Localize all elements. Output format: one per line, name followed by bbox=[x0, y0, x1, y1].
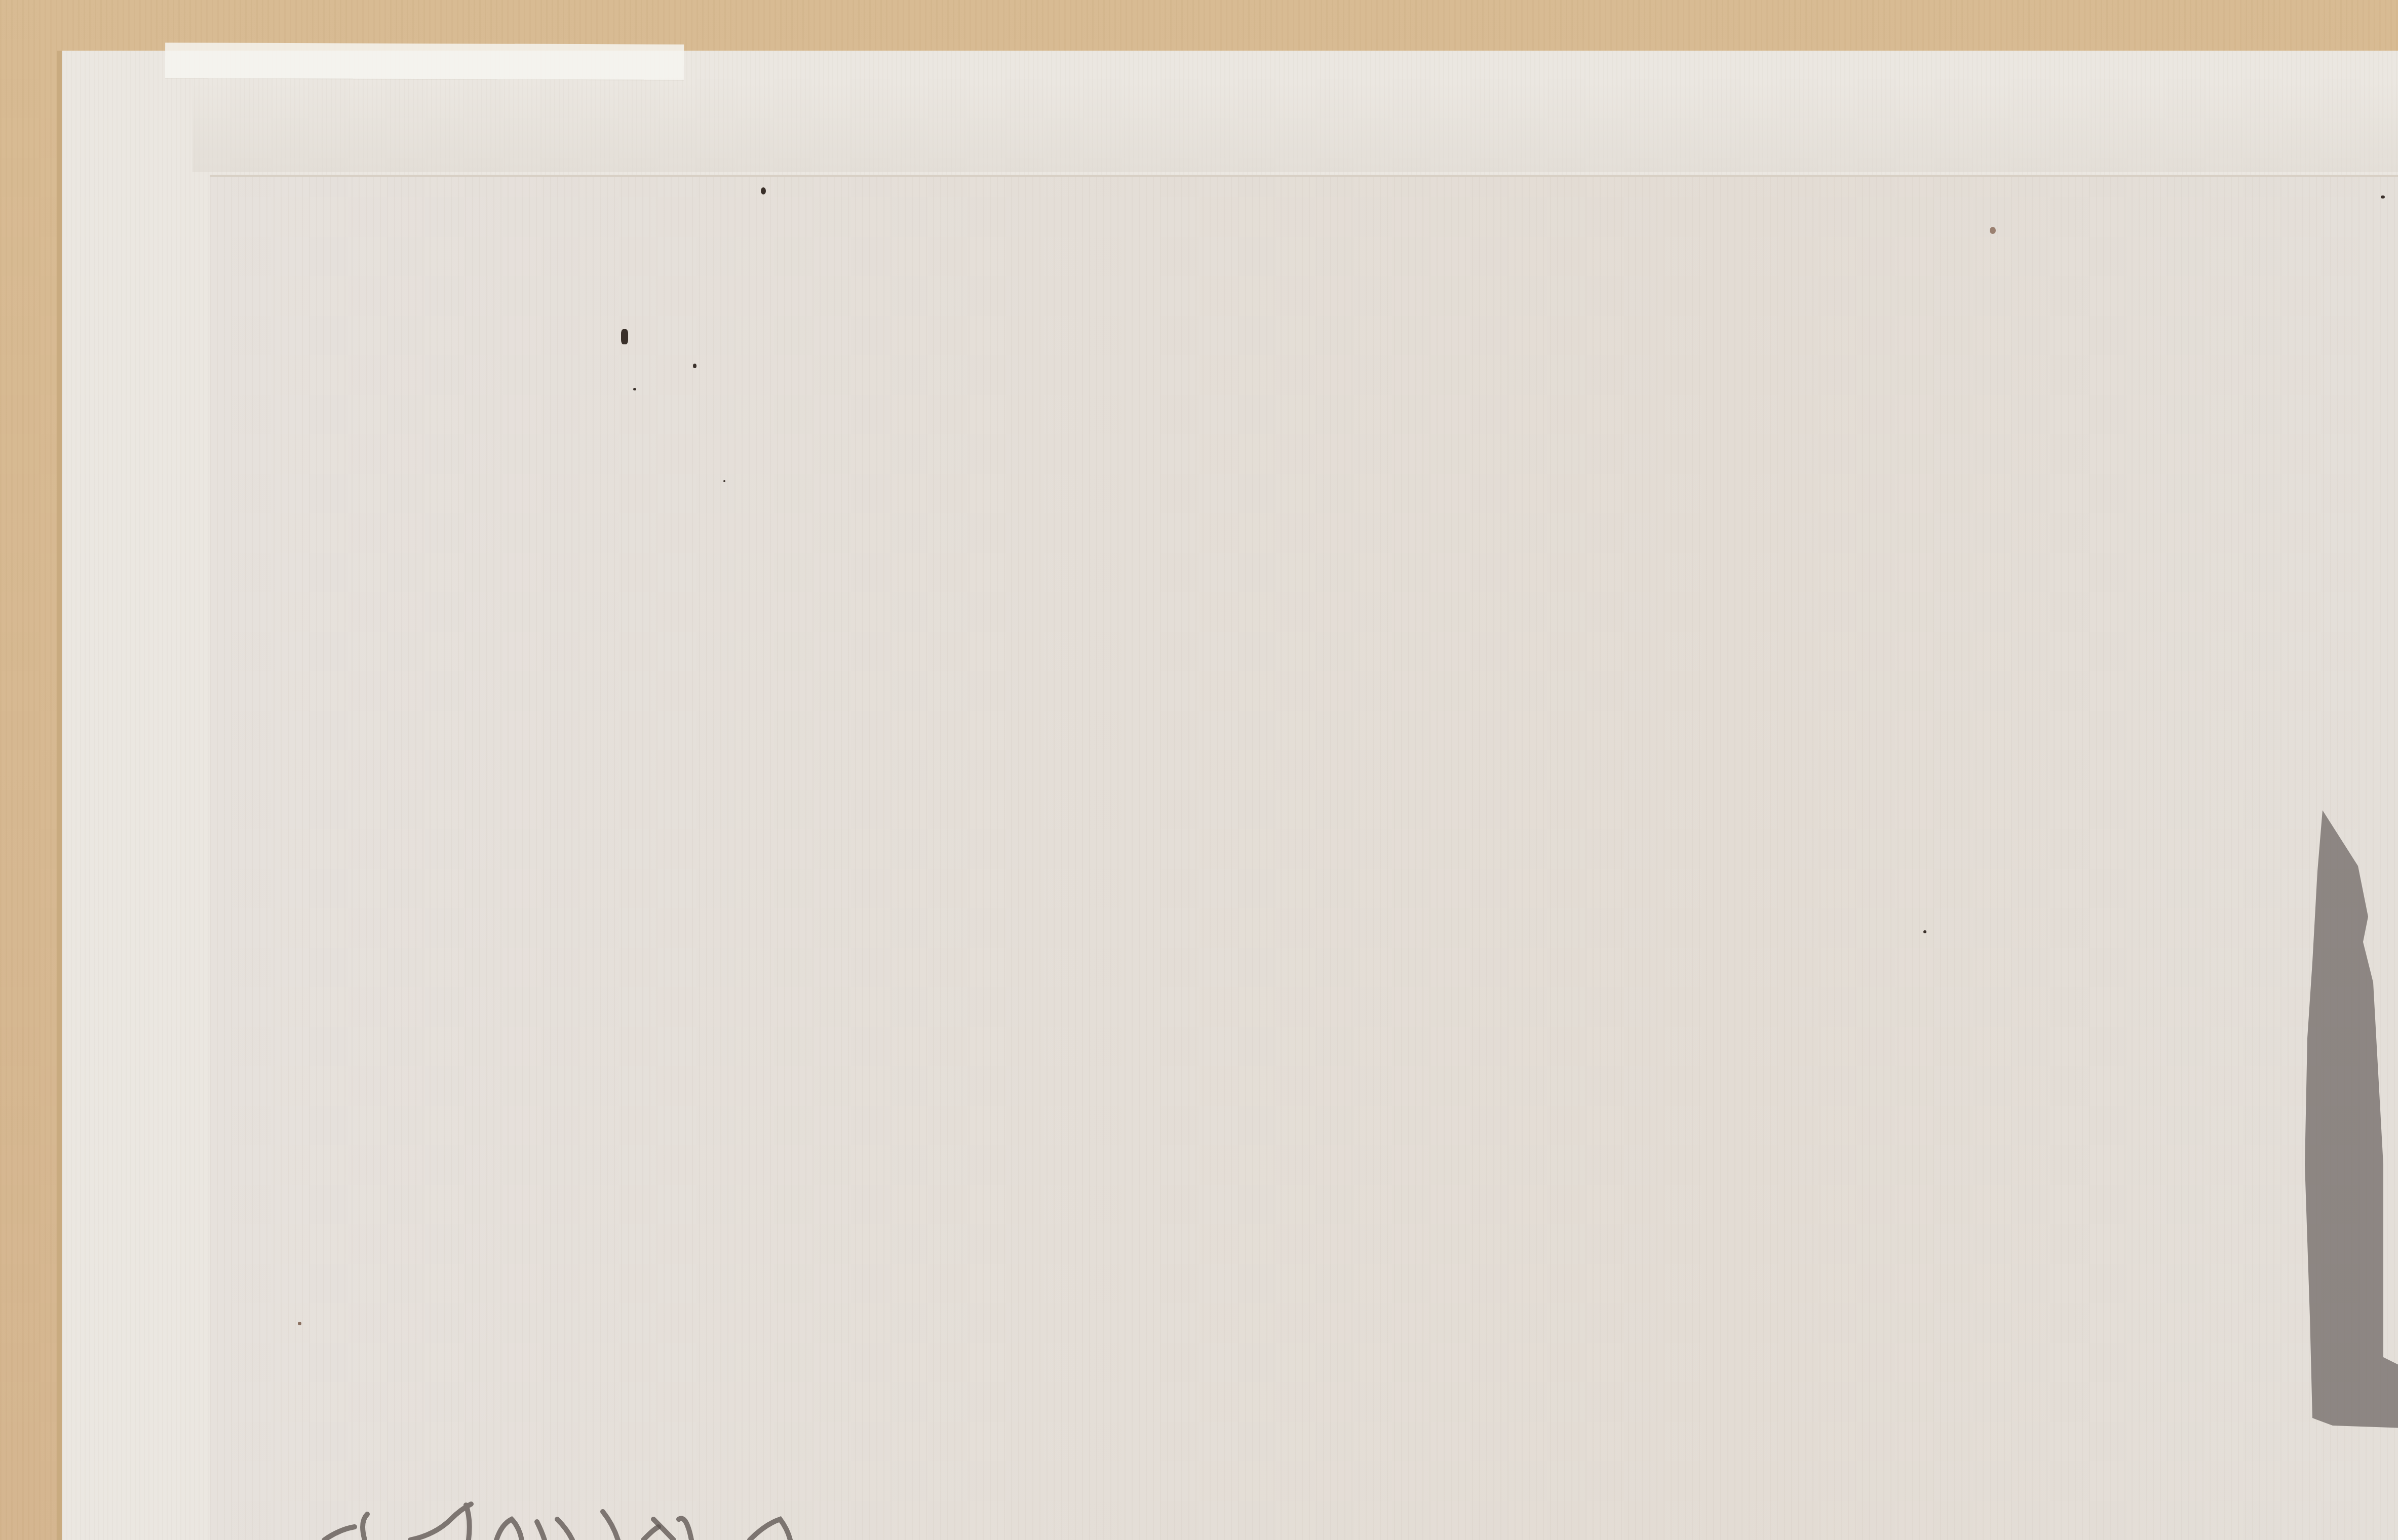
ink-speck bbox=[2381, 195, 2385, 199]
ink-brush-stroke bbox=[2302, 810, 2398, 1479]
ink-speck bbox=[1990, 227, 1996, 234]
painting-paper bbox=[210, 175, 2398, 1540]
ink-speck bbox=[1923, 930, 1926, 933]
ink-speck bbox=[298, 1322, 301, 1325]
ink-speck bbox=[621, 329, 628, 344]
ink-speck bbox=[761, 187, 766, 194]
tape-strip bbox=[165, 43, 684, 80]
mount-shading bbox=[192, 76, 2398, 172]
ink-speck bbox=[723, 480, 725, 482]
ink-speck bbox=[633, 388, 636, 390]
ink-speck bbox=[693, 364, 697, 368]
calligraphy-strokes bbox=[319, 1499, 805, 1540]
